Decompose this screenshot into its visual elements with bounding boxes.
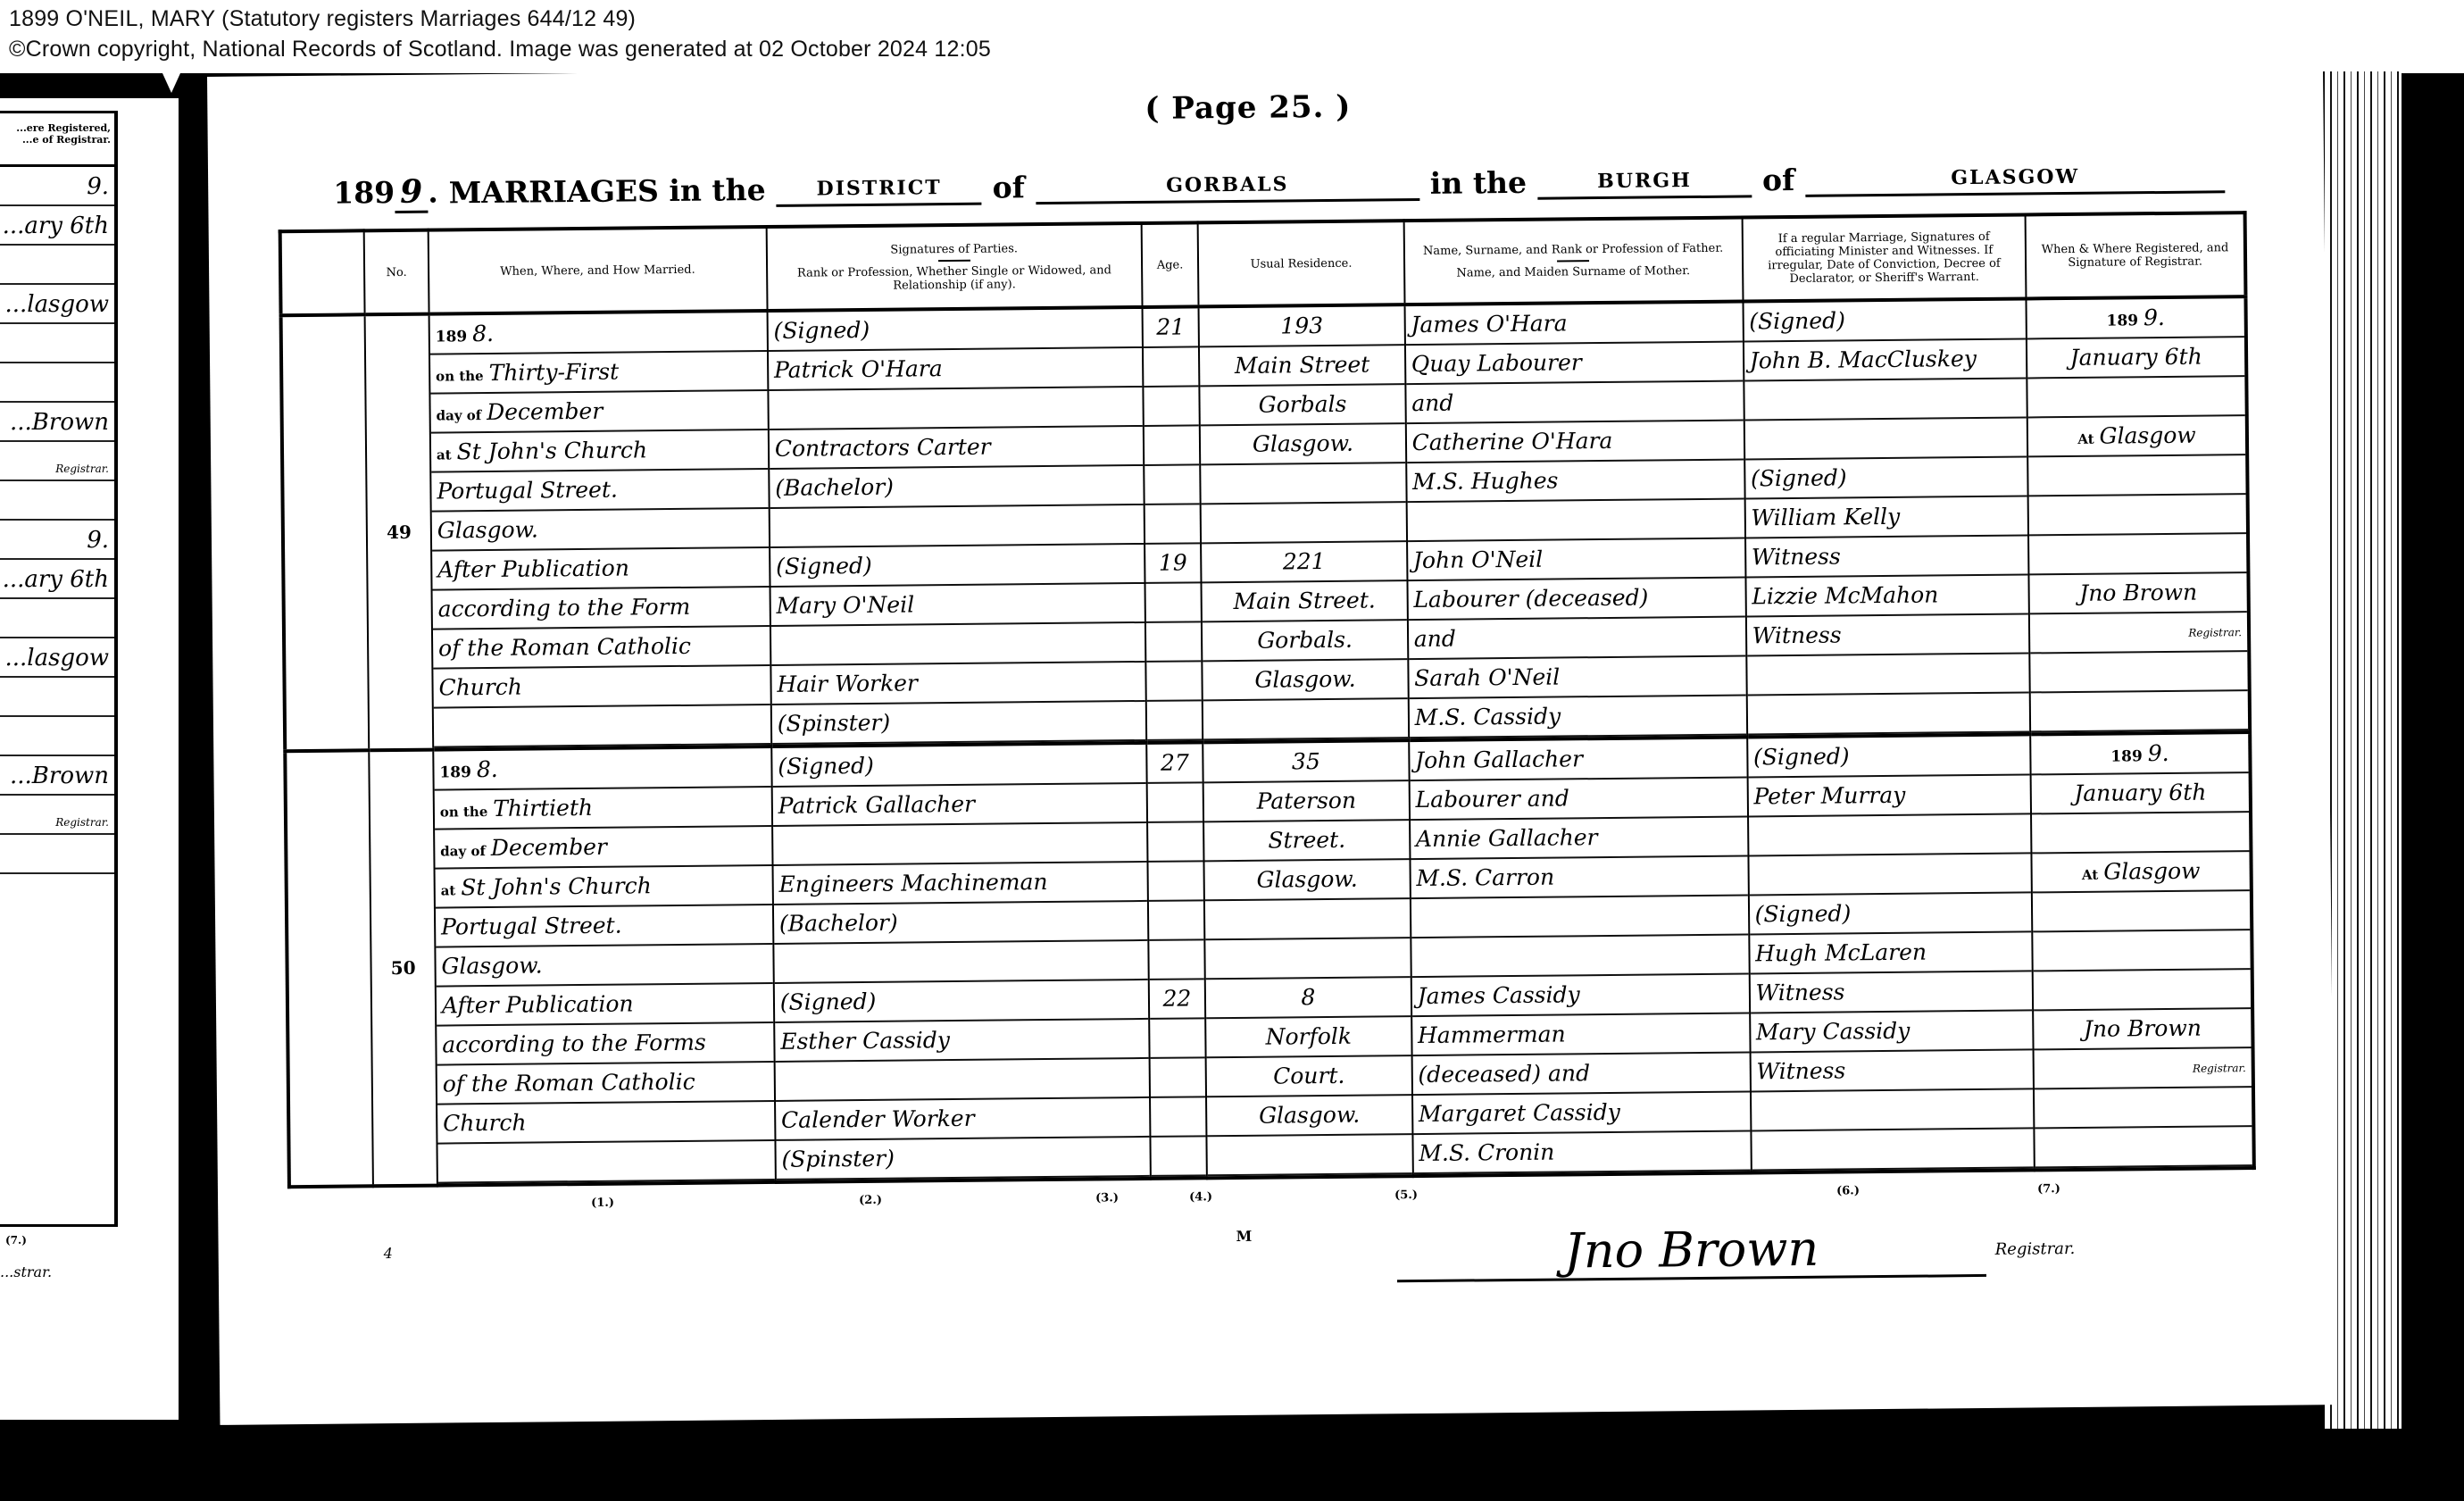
- parents-line: James O'Hara: [1405, 304, 1742, 346]
- burgh-type: BURGH: [1537, 168, 1752, 199]
- parents-line: Labourer (deceased): [1408, 578, 1744, 621]
- registrar-signature: Jno Brown: [1396, 1221, 1986, 1282]
- column-number: (4.): [1189, 1190, 1212, 1204]
- officiant-line: [1744, 418, 2027, 460]
- parents-line: Annie Gallacher: [1411, 817, 1747, 860]
- left-page-line: [0, 678, 114, 717]
- parents-line: Hammerman: [1412, 1013, 1749, 1056]
- left-page-line: 9.: [0, 521, 114, 560]
- signature-line: Esther Cassidy: [775, 1020, 1148, 1063]
- when-where-how-line: After Publication: [437, 984, 773, 1027]
- col-header-signatures: Signatures of Parties. Rank or Professio…: [766, 223, 1142, 311]
- left-page-line: [0, 246, 114, 285]
- col-header-officiant: If a regular Marriage, Signatures of off…: [1742, 214, 2026, 301]
- officiant-line: William Kelly: [1745, 496, 2027, 538]
- handwritten-text: After Publication: [437, 555, 629, 582]
- parents-line: Quay Labourer: [1406, 343, 1743, 386]
- registered-line: [2035, 1127, 2252, 1168]
- col-header-age: Age.: [1141, 222, 1198, 307]
- age-line: 27: [1147, 744, 1203, 784]
- left-page-column-number: (7.): [5, 1234, 27, 1247]
- officiant-line: Witness: [1746, 536, 2028, 578]
- handwritten-text: Portugal Street.: [441, 913, 622, 940]
- residence-line: [1201, 463, 1405, 505]
- signature-line: (Signed): [768, 309, 1141, 352]
- residence-line: Glasgow.: [1207, 1096, 1411, 1137]
- printed-prefix: At: [2082, 867, 2098, 883]
- left-page-line: [0, 481, 114, 521]
- signature-line: (Signed): [772, 745, 1145, 788]
- signatures-header-text: Signatures of Parties.: [890, 242, 1018, 256]
- column-numbers: (1.)(2.)(3.)(4.)(5.)(6.)(7.): [287, 1180, 2256, 1226]
- signature-line: [771, 623, 1145, 666]
- registered-line: [2031, 691, 2248, 732]
- column-number: (2.): [859, 1194, 882, 1207]
- residence-line: Glasgow.: [1205, 860, 1410, 901]
- parents-line: M.S. Cassidy: [1409, 696, 1745, 738]
- footer-mark-left: 4: [384, 1245, 393, 1262]
- handwritten-text: 8.: [472, 321, 494, 346]
- signature-line: Contractors Carter: [770, 427, 1143, 470]
- officiant-line: (Signed): [1745, 457, 2027, 499]
- residence-line: Court.: [1207, 1056, 1411, 1097]
- registered-line: [2030, 652, 2247, 693]
- age-line: [1145, 505, 1200, 545]
- signature-line: Hair Worker: [771, 663, 1145, 705]
- officiant-line: Hugh McLaren: [1750, 932, 2032, 974]
- age-line: [1145, 583, 1201, 623]
- handwritten-text: of the Roman Catholic: [438, 633, 691, 662]
- register-body: 491898.on theThirty-Firstday ofDecembera…: [281, 296, 2254, 1187]
- officiant-line: (Signed): [1748, 736, 2030, 778]
- age-line: [1147, 701, 1203, 741]
- table-row: 501898.on theThirtiethday ofDecemberatSt…: [285, 732, 2254, 1187]
- registered-line: [2029, 495, 2246, 536]
- residence-line: 221: [1202, 542, 1406, 583]
- when-where-how-line: day ofDecember: [435, 827, 771, 870]
- when-where-how-line: Church: [437, 1102, 774, 1145]
- registered-line: AtGlasgow: [2028, 416, 2245, 457]
- of-label-2: of: [1752, 163, 1806, 198]
- registered-line: Jno Brown: [2034, 1009, 2251, 1050]
- handwritten-text: January 6th: [2074, 780, 2206, 806]
- record-caption: 1899 O'NEIL, MARY (Statutory registers M…: [9, 4, 991, 64]
- officiant-line: (Signed): [1744, 300, 2026, 342]
- col-header-registered: When & Where Registered, and Signature o…: [2026, 213, 2246, 298]
- burgh-name: GLASGOW: [1805, 163, 2225, 197]
- in-the-label: in the: [1419, 165, 1538, 201]
- left-page-line: [0, 835, 114, 874]
- officiant-line: Witness: [1751, 1050, 2033, 1092]
- parents-line: John Gallacher: [1410, 738, 1746, 781]
- officiant-line: [1752, 1129, 2034, 1171]
- age-line: 19: [1145, 544, 1201, 584]
- handwritten-text: St John's Church: [456, 437, 647, 464]
- col-header-no: No.: [364, 230, 429, 315]
- year-printed: 189: [333, 175, 395, 211]
- column-number: (7.): [2037, 1182, 2060, 1196]
- of-label-1: of: [981, 170, 1036, 205]
- registered-line: [2032, 813, 2249, 854]
- age-line: [1144, 347, 1199, 388]
- parents-subheader-text: Name, and Maiden Surname of Mother.: [1456, 264, 1690, 280]
- handwritten-text: St John's Church: [461, 872, 652, 900]
- when-where-how-line: 1898.: [434, 748, 770, 791]
- parents-line: Catherine O'Hara: [1406, 421, 1743, 464]
- parents-line: Labourer and: [1410, 778, 1746, 821]
- year-handwritten: 9: [395, 173, 428, 213]
- when-where-how-line: day ofDecember: [430, 391, 767, 434]
- page-label: ( Page 25. ): [1145, 89, 1351, 127]
- age-line: [1151, 1097, 1206, 1138]
- signature-line: [769, 388, 1142, 430]
- printed-prefix: 189: [436, 328, 468, 346]
- parents-line: Sarah O'Neil: [1409, 656, 1745, 699]
- parents-line: M.S. Hughes: [1407, 461, 1744, 504]
- when-where-how-line: [434, 705, 770, 748]
- officiant-line: [1749, 814, 2031, 856]
- residence-line: Glasgow.: [1203, 660, 1408, 701]
- register-title: 1899. MARRIAGES in the DISTRICT of GORBA…: [333, 139, 2226, 211]
- handwritten-text: Glasgow.: [441, 952, 542, 979]
- printed-prefix: on the: [436, 368, 484, 385]
- residence-line: [1203, 699, 1408, 740]
- officiant-line: Mary Cassidy: [1751, 1011, 2033, 1053]
- age-line: [1144, 387, 1199, 427]
- handwritten-text: Registrar.: [2193, 1062, 2246, 1075]
- registered-line: Registrar.: [2035, 1048, 2252, 1089]
- parents-header-text: Name, Surname, and Rank or Profession of…: [1423, 242, 1723, 258]
- printed-prefix: on the: [440, 804, 488, 821]
- signature-line: (Signed): [775, 980, 1148, 1023]
- left-page-line: [0, 599, 114, 638]
- signature-line: (Spinster): [772, 702, 1145, 745]
- printed-prefix: At: [2077, 431, 2094, 447]
- signature-line: (Bachelor): [774, 902, 1147, 945]
- handwritten-text: of the Roman Catholic: [443, 1069, 695, 1097]
- registered-line: [2034, 970, 2251, 1011]
- handwritten-text: 9.: [2148, 740, 2169, 766]
- registrar-label: Registrar.: [1995, 1239, 2076, 1259]
- heading-label: MARRIAGES in the: [438, 172, 777, 211]
- left-page-line: ...ary 6th: [0, 206, 114, 246]
- officiant-line: [1744, 379, 2027, 421]
- handwritten-text: 9.: [2144, 304, 2165, 330]
- residence-line: 8: [1206, 978, 1411, 1019]
- handwritten-text: Church: [438, 674, 522, 701]
- signatures-subheader-text: Rank or Profession, Whether Single or Wi…: [797, 263, 1111, 292]
- printed-prefix: at: [437, 446, 452, 463]
- record-title: 1899 O'NEIL, MARY (Statutory registers M…: [9, 4, 991, 34]
- printed-prefix: 189: [439, 763, 471, 781]
- signature-line: Calender Worker: [776, 1098, 1149, 1141]
- when-where-how-line: Portugal Street.: [436, 905, 772, 948]
- when-where-how-line: 1898.: [429, 313, 766, 355]
- signature-line: (Spinster): [776, 1138, 1149, 1180]
- when-where-how-line: [437, 1141, 774, 1184]
- when-where-how-line: Portugal Street.: [431, 470, 768, 513]
- marriage-register-table: No. When, Where, and How Married. Signat…: [279, 211, 2256, 1188]
- parents-line: Margaret Cassidy: [1413, 1092, 1750, 1135]
- col-header-residence: Usual Residence.: [1198, 221, 1404, 306]
- residence-line: [1206, 938, 1411, 980]
- age-line: [1147, 783, 1203, 823]
- handwritten-text: Thirty-First: [488, 359, 619, 386]
- handwritten-text: Church: [443, 1110, 527, 1137]
- residence-line: [1202, 503, 1406, 544]
- signature-line: [773, 823, 1146, 866]
- left-page-line: ...ary 6th: [0, 560, 114, 599]
- registered-line: [2027, 377, 2244, 418]
- age-line: [1151, 1137, 1206, 1177]
- left-page-header: ...ere Registered, ...e of Registrar.: [0, 113, 114, 167]
- registered-line: [2028, 455, 2245, 496]
- printed-prefix: at: [441, 882, 456, 898]
- residence-line: Gorbals: [1201, 385, 1405, 426]
- signature-line: [775, 1059, 1148, 1102]
- district-type: DISTRICT: [777, 176, 982, 207]
- left-page-line: [0, 717, 114, 756]
- age-line: [1145, 465, 1200, 505]
- left-page-line: ...lasgow: [0, 638, 114, 678]
- residence-line: Paterson: [1204, 781, 1409, 822]
- when-where-how-line: Glasgow.: [432, 509, 769, 552]
- registered-line: Jno Brown: [2030, 573, 2247, 614]
- when-where-how-line: according to the Forms: [437, 1023, 773, 1066]
- when-where-how-line: atSt John's Church: [431, 430, 768, 473]
- signature-line: [770, 505, 1144, 548]
- signature-line: Mary O'Neil: [770, 584, 1144, 627]
- parents-line: [1407, 499, 1744, 542]
- column-number: (5.): [1394, 1188, 1418, 1202]
- officiant-line: Peter Murray: [1748, 775, 2030, 817]
- left-page-line: 9.: [0, 167, 114, 206]
- residence-line: Glasgow.: [1201, 424, 1405, 465]
- residence-line: Street.: [1204, 821, 1409, 862]
- parents-line: and: [1406, 382, 1743, 425]
- age-line: [1146, 622, 1202, 663]
- residence-line: [1208, 1135, 1412, 1176]
- parents-line: M.S. Carron: [1411, 856, 1747, 899]
- registered-line: January 6th: [2027, 338, 2244, 379]
- officiant-line: Witness: [1747, 614, 2029, 656]
- residence-line: [1205, 899, 1410, 940]
- printed-prefix: 189: [2107, 312, 2139, 329]
- age-line: 21: [1143, 308, 1198, 348]
- when-where-how-line: Church: [433, 666, 770, 709]
- registered-line: 1899.: [2031, 734, 2248, 775]
- registered-line: 1899.: [2027, 298, 2244, 339]
- officiant-line: [1752, 1089, 2034, 1131]
- blank-margin-cell: [285, 750, 373, 1187]
- parents-line: John O'Neil: [1408, 538, 1744, 581]
- entry-number: 49: [365, 314, 433, 751]
- register-year: 1899.: [333, 173, 438, 212]
- printed-prefix: day of: [436, 407, 481, 423]
- left-page-line: ...Brown: [0, 756, 114, 796]
- age-line: [1149, 940, 1204, 980]
- age-line: [1150, 1058, 1205, 1098]
- residence-line: Norfolk: [1206, 1017, 1411, 1058]
- register-page: ( Page 25. ) 1899. MARRIAGES in the DIST…: [207, 56, 2335, 1425]
- residence-line: Gorbals.: [1203, 621, 1407, 662]
- left-page-table: ...ere Registered, ...e of Registrar. 9.…: [0, 111, 118, 1227]
- registered-line: [2033, 930, 2250, 971]
- handwritten-text: 8.: [477, 756, 498, 782]
- handwritten-text: Glasgow: [2103, 858, 2200, 885]
- officiant-line: John B. MacCluskey: [1744, 339, 2027, 381]
- residence-line: 35: [1203, 742, 1408, 783]
- parents-line: (deceased) and: [1412, 1053, 1749, 1096]
- age-line: [1146, 662, 1202, 702]
- when-where-how-line: on theThirtieth: [435, 788, 771, 830]
- column-number: (6.): [1836, 1184, 1860, 1197]
- handwritten-text: Jno Brown: [2084, 1015, 2202, 1042]
- handwritten-text: After Publication: [442, 990, 634, 1018]
- handwritten-text: Glasgow: [2099, 422, 2195, 449]
- age-line: 22: [1150, 980, 1205, 1020]
- when-where-how-line: atSt John's Church: [435, 866, 771, 909]
- gutter-notch: [162, 73, 180, 93]
- signature-line: Patrick O'Hara: [769, 348, 1142, 391]
- left-page-line: ...Brown: [0, 403, 114, 442]
- parents-line: [1411, 896, 1748, 938]
- when-where-how-line: of the Roman Catholic: [437, 1063, 774, 1105]
- when-where-how-line: Glasgow.: [436, 945, 772, 988]
- officiant-line: [1747, 654, 2029, 696]
- col-header-parents: Name, Surname, and Rank or Profession of…: [1403, 218, 1743, 305]
- handwritten-text: Glasgow.: [437, 516, 538, 543]
- when-where-how-line: After Publication: [432, 548, 769, 591]
- left-page-line: [0, 324, 114, 363]
- handwritten-text: Jno Brown: [2079, 580, 2197, 606]
- handwritten-text: according to the Form: [438, 594, 691, 622]
- left-page-lines: 9....ary 6th...lasgow...BrownRegistrar.9…: [0, 167, 114, 874]
- residence-line: Main Street: [1200, 346, 1404, 387]
- age-line: [1149, 901, 1204, 941]
- when-where-how-line: on theThirty-First: [430, 352, 767, 395]
- age-line: [1150, 1019, 1205, 1059]
- left-page-footer: ...strar.: [0, 1263, 52, 1280]
- age-line: [1148, 862, 1203, 902]
- parents-line: and: [1409, 617, 1745, 660]
- entry-number: 50: [369, 750, 437, 1187]
- when-where-how-line: according to the Form: [432, 588, 769, 630]
- residence-line: Main Street.: [1203, 581, 1407, 622]
- officiant-line: (Signed): [1750, 893, 2032, 935]
- officiant-line: [1749, 854, 2031, 896]
- blank-margin-cell: [281, 314, 370, 751]
- column-number: (3.): [1095, 1191, 1119, 1205]
- age-line: [1145, 426, 1200, 466]
- parents-line: James Cassidy: [1411, 974, 1748, 1017]
- handwritten-text: Registrar.: [2188, 626, 2242, 639]
- col-header-blank: [280, 230, 365, 315]
- left-page-line: [0, 363, 114, 403]
- officiant-line: [1747, 693, 2029, 735]
- left-page-line: Registrar.: [0, 796, 114, 835]
- parents-line: M.S. Cronin: [1413, 1131, 1750, 1174]
- left-page-fragment: ...ere Registered, ...e of Registrar. 9.…: [0, 98, 183, 1420]
- table-row: 491898.on theThirty-Firstday ofDecembera…: [281, 296, 2251, 751]
- signature-line: (Bachelor): [770, 466, 1143, 509]
- handwritten-text: according to the Forms: [442, 1030, 706, 1058]
- handwritten-text: Portugal Street.: [437, 477, 618, 505]
- handwritten-text: January 6th: [2069, 344, 2202, 371]
- footer-mark-m: M: [1236, 1228, 1252, 1245]
- officiant-line: Lizzie McMahon: [1746, 575, 2028, 617]
- signature-line: Engineers Machineman: [773, 863, 1146, 905]
- residence-line: 193: [1200, 306, 1404, 347]
- district-name: GORBALS: [1036, 171, 1419, 204]
- printed-prefix: 189: [2110, 747, 2143, 765]
- registered-line: [2033, 891, 2250, 932]
- signature-line: (Signed): [770, 545, 1144, 588]
- left-page-line: ...lasgow: [0, 285, 114, 324]
- officiant-line: Witness: [1750, 971, 2032, 1013]
- age-line: [1148, 822, 1203, 863]
- signature-line: Patrick Gallacher: [773, 784, 1146, 827]
- handwritten-text: December: [491, 834, 607, 861]
- col-header-when-where-how: When, Where, and How Married.: [429, 227, 768, 314]
- registered-line: January 6th: [2032, 773, 2249, 814]
- copyright-notice: ©Crown copyright, National Records of Sc…: [9, 34, 991, 64]
- column-number: (1.): [591, 1197, 614, 1210]
- registered-line: [2035, 1088, 2252, 1129]
- when-where-how-line: of the Roman Catholic: [433, 627, 770, 670]
- handwritten-text: Thirtieth: [493, 795, 593, 821]
- registered-line: [2029, 534, 2246, 575]
- printed-prefix: day of: [440, 843, 486, 859]
- left-page-line: Registrar.: [0, 442, 114, 481]
- registered-line: AtGlasgow: [2033, 852, 2250, 893]
- handwritten-text: December: [487, 398, 603, 425]
- signature-line: [774, 941, 1147, 984]
- parents-line: [1411, 935, 1748, 978]
- registered-line: Registrar.: [2030, 613, 2247, 654]
